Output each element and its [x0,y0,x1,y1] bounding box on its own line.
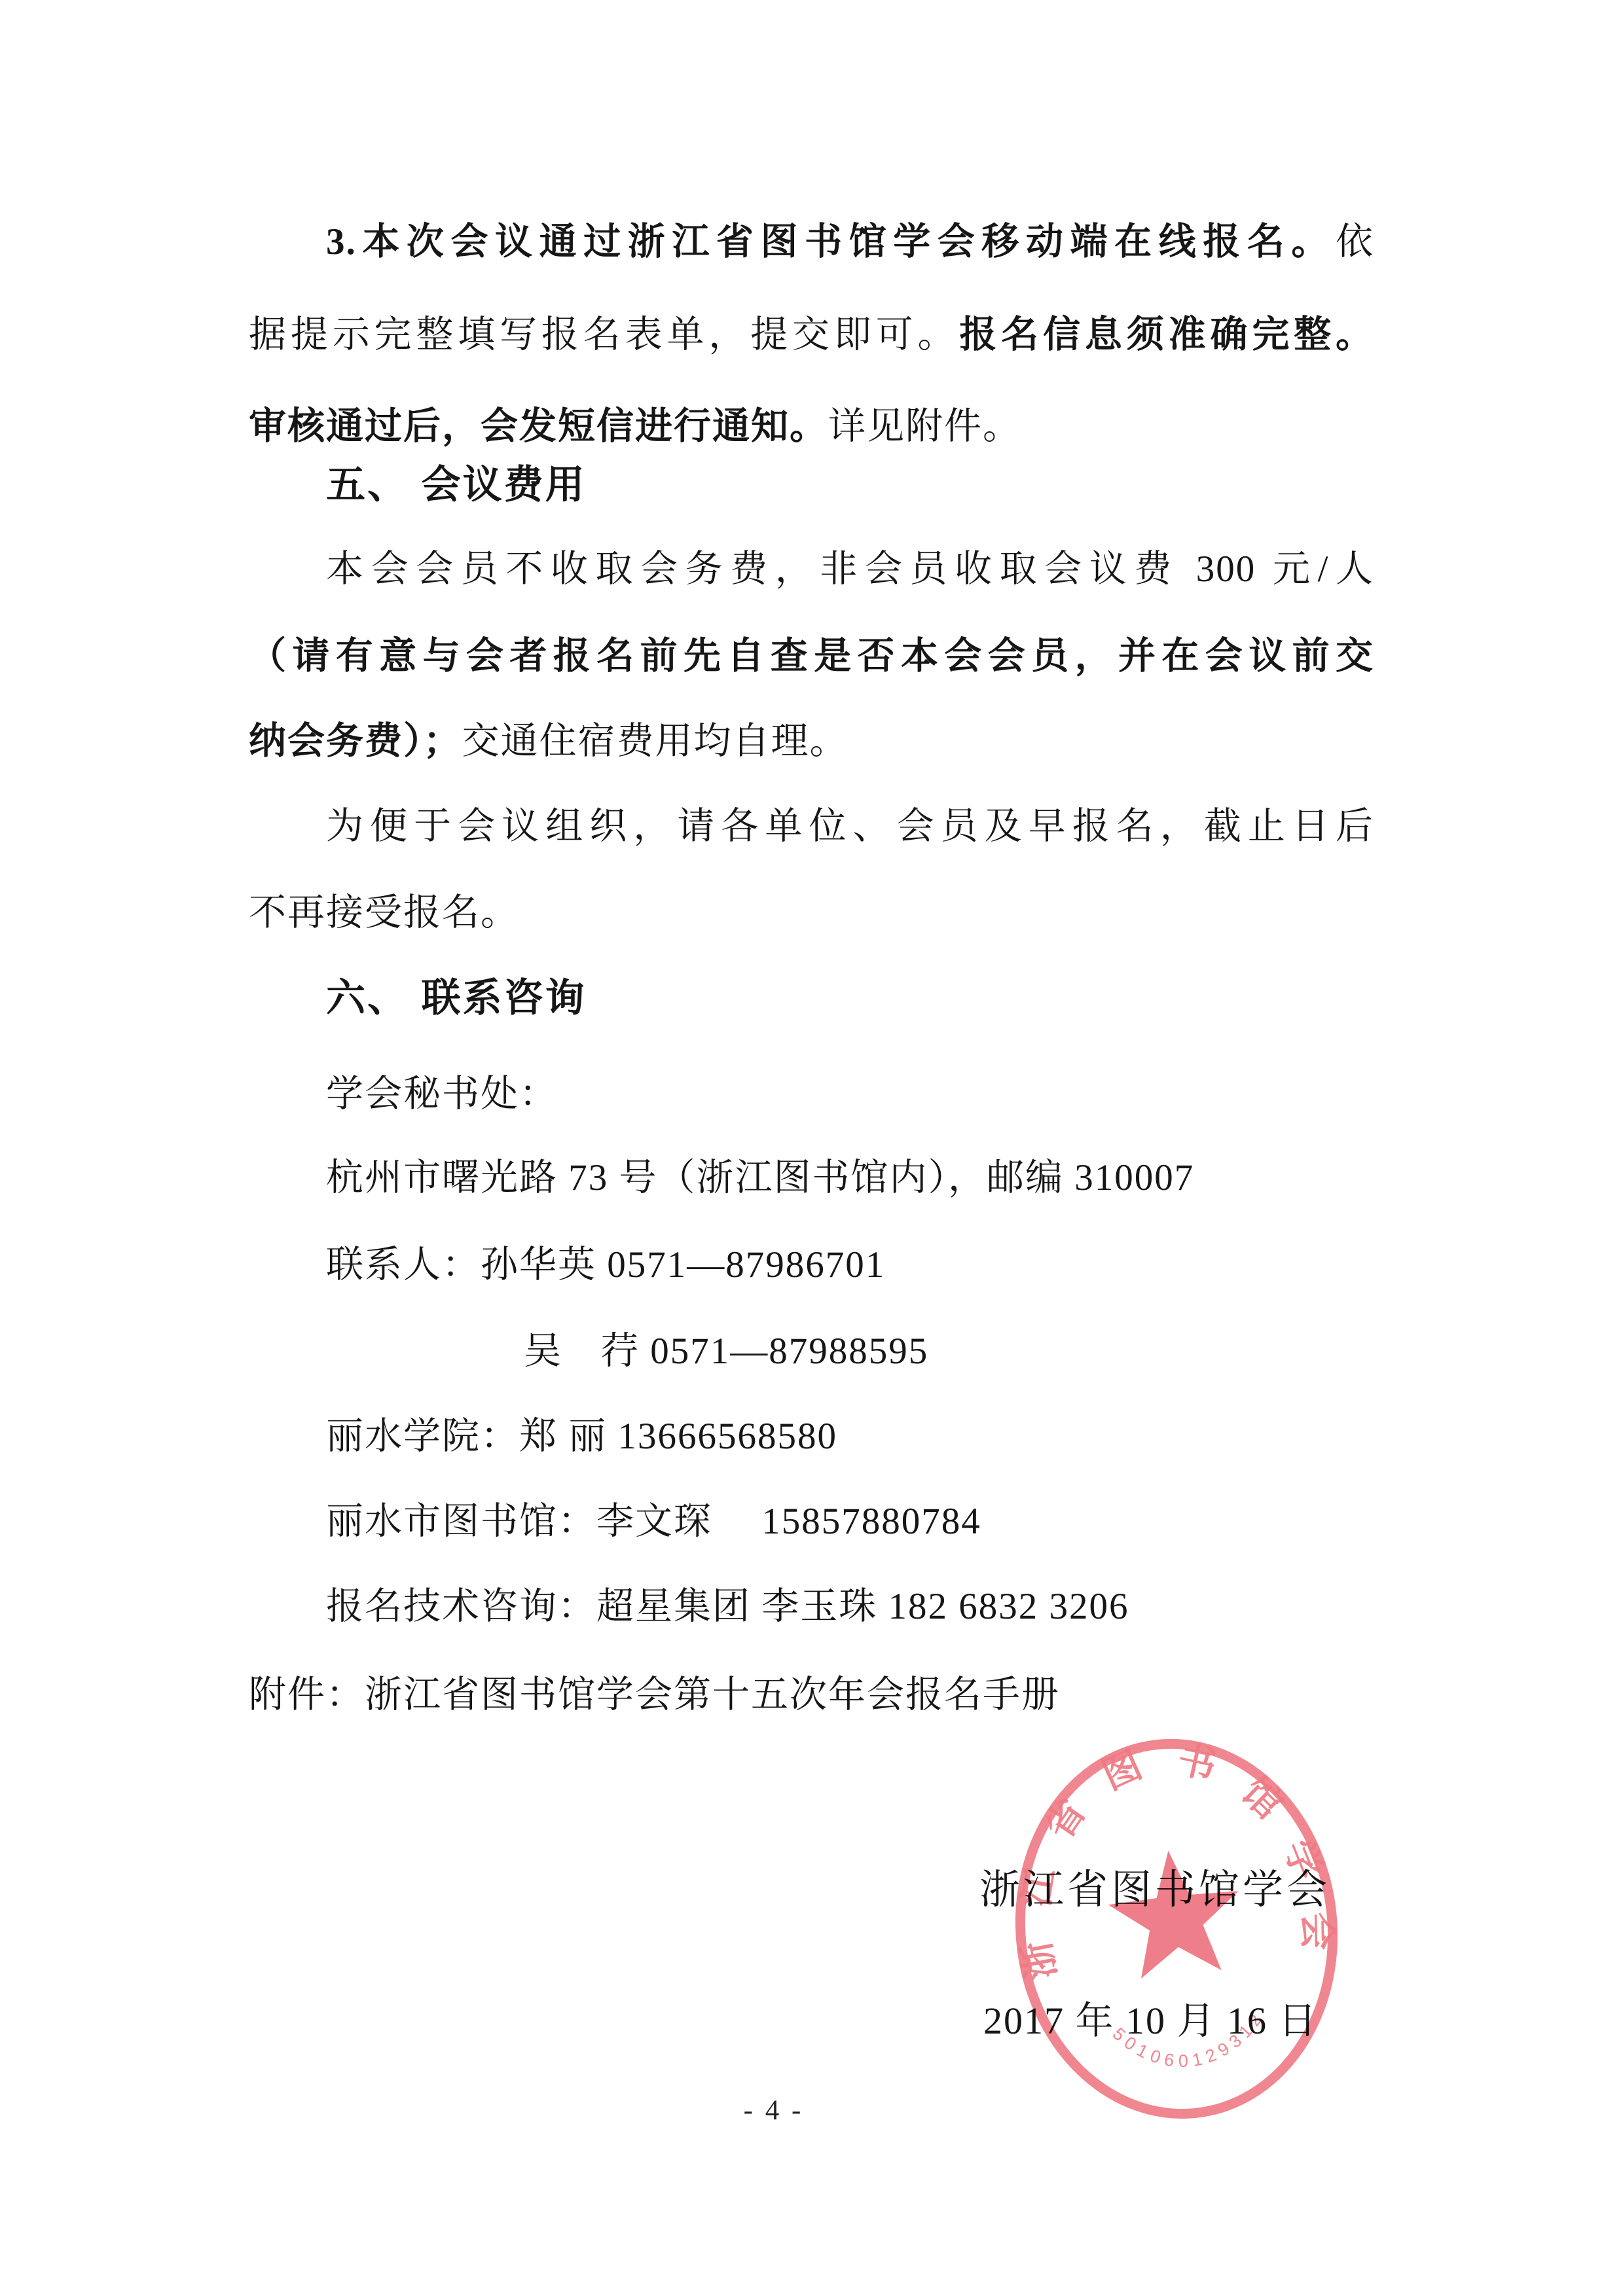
para-fees-line-2-segment: （请有意与会者报名前先自查是否本会会员，并在会议前交 [249,636,1374,677]
para-registration-line-3: 审核通过后，会发短信进行通知。详见附件。 [249,404,1374,450]
contact-person-2: 吴 荇 0571—87988595 [249,1329,1374,1374]
para-registration-line-2: 据提示完整填写报名表单，提交即可。报名信息须准确完整。 [249,312,1374,358]
contact-person-1: 联系人：孙华英 0571—87986701 [249,1242,1374,1288]
attachment-note-segment: 附件：浙江省图书馆学会第十五次年会报名手册 [249,1674,1060,1715]
contact-lishui-library: 丽水市图书馆：李文琛 15857880784 [249,1499,1374,1545]
contact-secretariat-label-segment: 学会秘书处： [326,1073,558,1115]
para-fees-line-3-segment: 交通住宿费用均自理。 [462,721,848,762]
contact-lishui-college: 丽水学院：郑 丽 13666568580 [249,1414,1374,1460]
para-registration-line-1-segment: 3.本次会议通过浙江省图书馆学会移动端在线报名。 [326,221,1336,262]
para-fees-line-2: （请有意与会者报名前先自查是否本会会员，并在会议前交 [249,634,1374,679]
para-deadline-line-2: 不再接受报名。 [249,890,1374,936]
stamp-ring [1008,1736,1345,2122]
para-deadline-line-1-segment: 为便于会议组织，请各单位、会员及早报名，截止日后 [326,806,1374,847]
para-registration-line-2-segment: 报名信息须准确完整。 [959,314,1374,355]
contact-lishui-library-segment: 丽水市图书馆：李文琛 15857880784 [326,1501,981,1542]
para-registration-line-1: 3.本次会议通过浙江省图书馆学会移动端在线报名。依 [249,219,1374,265]
para-deadline-line-1: 为便于会议组织，请各单位、会员及早报名，截止日后 [249,804,1374,850]
section-heading-6-contact: 六、 联系咨询 [249,975,1374,1021]
contact-secretariat-label: 学会秘书处： [249,1071,1374,1117]
para-deadline-line-2-segment: 不再接受报名。 [249,892,519,933]
para-fees-line-3-segment: 纳会务费）； [249,721,462,762]
para-registration-line-1-segment: 依 [1336,221,1374,262]
section-heading-6-contact-segment: 六、 联系咨询 [326,976,587,1020]
signature-organization: 浙江省图书馆学会 [979,1857,1330,1915]
contact-tech-support: 报名技术咨询：超星集团 李玉珠 182 6832 3206 [249,1584,1374,1630]
section-heading-5-fees: 五、 会议费用 [249,462,1374,508]
contact-address-segment: 杭州市曙光路 73 号（浙江图书馆内），邮编 310007 [326,1157,1194,1198]
page-number: - 4 - [0,2094,1585,2126]
contact-tech-support-segment: 报名技术咨询：超星集团 李玉珠 182 6832 3206 [326,1586,1129,1627]
para-registration-line-2-segment: 据提示完整填写报名表单，提交即可。 [249,314,959,355]
contact-lishui-college-segment: 丽水学院：郑 丽 13666568580 [326,1416,837,1457]
section-heading-5-fees-segment: 五、 会议费用 [326,463,587,507]
para-registration-line-3-segment: 详见附件。 [828,406,1021,447]
contact-person-1-segment: 联系人：孙华英 0571—87986701 [326,1244,885,1285]
para-fees-line-1-segment: 本会会员不收取会务费，非会员收取会议费 300 元/人 [326,548,1374,590]
contact-person-2-segment: 吴 荇 0571—87988595 [524,1331,928,1372]
para-registration-line-3-segment: 审核通过后，会发短信进行通知。 [249,406,828,447]
contact-address: 杭州市曙光路 73 号（浙江图书馆内），邮编 310007 [249,1155,1374,1201]
official-red-stamp: 浙江省图书馆学会 501060129312 [1008,1736,1345,2122]
document-page: 3.本次会议通过浙江省图书馆学会移动端在线报名。依据提示完整填写报名表单，提交即… [0,0,1623,2296]
para-fees-line-1: 本会会员不收取会务费，非会员收取会议费 300 元/人 [249,547,1374,592]
para-fees-line-3: 纳会务费）；交通住宿费用均自理。 [249,719,1374,764]
signature-date: 2017 年 10 月 16 日 [983,1990,1318,2045]
attachment-note: 附件：浙江省图书馆学会第十五次年会报名手册 [249,1672,1374,1718]
